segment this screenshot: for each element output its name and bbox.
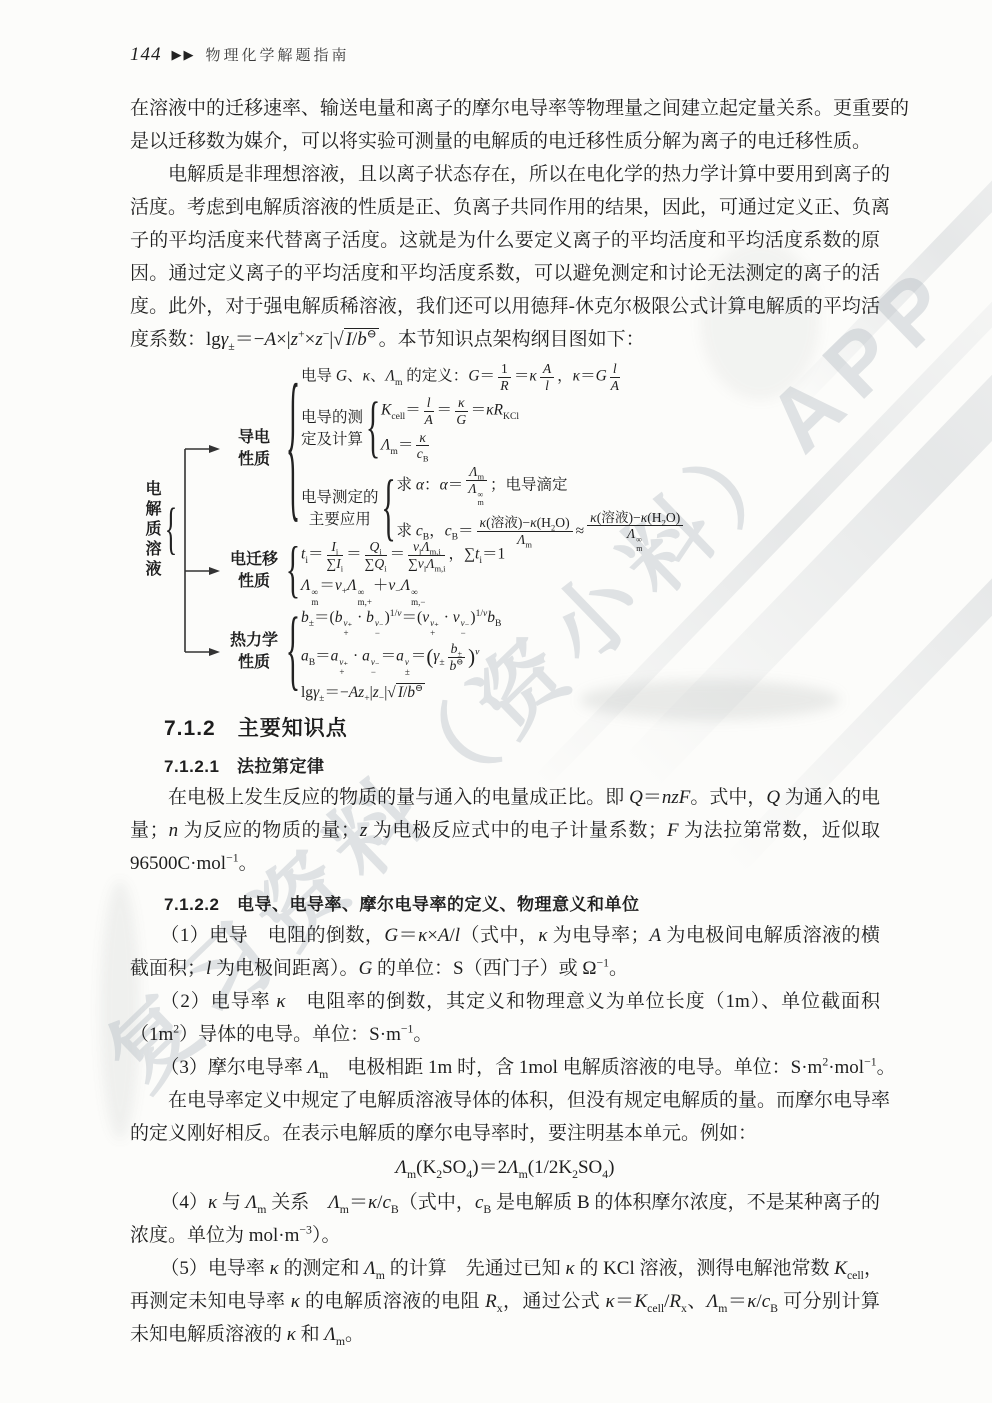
formula-line: 电导 G、κ、Λm 的定义：G＝1R＝κAl，κ＝GlA bbox=[301, 360, 686, 394]
map-root-label: 电解质溶液 bbox=[140, 480, 163, 580]
brace-icon: { bbox=[165, 515, 177, 545]
text-line: 是以迁移数为媒介，可以将实验可测量的电解质的电迁移性质分解为离子的电迁移性质。 bbox=[130, 125, 880, 158]
text-line: 再测定未知电导率 κ 的电解质溶液的电阻 Rx，通过公式 κ＝Kcell/Rx、… bbox=[130, 1285, 880, 1318]
branch-migration: 电迁移 性质 { ti＝Ii∑Ii＝Qi∑Qi＝νiΛm,i∑νiΛm,i，∑t… bbox=[223, 538, 686, 604]
text-line: 未知电解质溶液的 κ 和 Λm。 bbox=[130, 1318, 880, 1351]
text-line: 截面积；l 为电极间距离）。G 的单位：S（西门子）或 Ω−1。 bbox=[130, 952, 880, 985]
text-line: 在溶液中的迁移速率、输送电量和离子的摩尔电导率等物理量之间建立起定量关系。更重要… bbox=[130, 92, 880, 125]
text-line: （1m2）导体的电导。单位：S·m−1。 bbox=[130, 1018, 880, 1051]
subgroup-label: 电导测定的 主要应用 bbox=[301, 487, 379, 530]
text-line: 浓度。单位为 mol·m−3）。 bbox=[130, 1219, 880, 1252]
text-line: （5）电导率 κ 的测定和 Λm 的计算 先通过已知 κ 的 KCl 溶液，测得… bbox=[130, 1252, 880, 1285]
text-line: 子的平均活度来代替离子活度。这就是为什么要定义离子的平均活度和平均活度系数的原 bbox=[130, 224, 880, 257]
text-line: 在电导率定义中规定了电解质溶液导体的体积，但没有规定电解质的量。而摩尔电导率 bbox=[130, 1084, 880, 1117]
brace-icon: { bbox=[285, 635, 301, 669]
map-connector-arrows bbox=[177, 360, 223, 700]
arrow-right-icon bbox=[209, 445, 220, 453]
formula-line: Kcell＝lA＝κG＝κRKCl bbox=[381, 394, 519, 428]
arrow-right-icon bbox=[209, 567, 220, 575]
item-2-paragraph: （2）电导率 κ 电阻率的倒数，其定义和物理意义为单位长度（1m）、单位截面积 … bbox=[130, 985, 880, 1051]
text-line: 度。此外，对于强电解质稀溶液，我们还可以用德拜-休克尔极限公式计算电解质的平均活 bbox=[130, 290, 880, 323]
faraday-paragraph: 在电极上发生反应的物质的量与通入的电量成正比。即 Q＝nzF。式中，Q 为通入的… bbox=[130, 781, 880, 880]
formula-line: 求 α：α＝ΛmΛ∞m；电导滴定 bbox=[397, 463, 687, 509]
subgroup-label: 电导的测 定及计算 bbox=[301, 407, 363, 450]
knowledge-map: 电解质溶液 { 导电 性质 { 电导 G、κ、Λm 的定义：G＝1R＝κAl，κ… bbox=[140, 360, 880, 700]
scanned-textbook-page: 复习资料（资小料）APP 144 ▶▶ 物理化学解题指南 在溶液中的迁移速率、输… bbox=[0, 0, 992, 1403]
text-line: 的定义刚好相反。在表示电解质的摩尔电导率时，要注明基本单元。例如： bbox=[130, 1117, 880, 1150]
arrows-icon: ▶▶ bbox=[172, 47, 196, 63]
branch-label: 电迁移 性质 bbox=[223, 549, 285, 592]
item-5-paragraph: （5）电导率 κ 的测定和 Λm 的计算 先通过已知 κ 的 KCl 溶液，测得… bbox=[130, 1252, 880, 1351]
brace-icon: { bbox=[381, 492, 397, 526]
subsection-heading: 7.1.2.1 法拉第定律 bbox=[164, 752, 880, 777]
text-line: （1）电导 电阻的倒数，G＝κ×A/l（式中，κ 为电导率；A 为电极间电解质溶… bbox=[130, 919, 880, 952]
text-line: 在电极上发生反应的物质的量与通入的电量成正比。即 Q＝nzF。式中，Q 为通入的… bbox=[130, 781, 880, 814]
formula-text-line: 度系数：lgγ±＝−A×|z+×z−|√I/b⊖。本节知识点架构纲目图如下： bbox=[130, 323, 880, 356]
branch-conductive: 导电 性质 { 电导 G、κ、Λm 的定义：G＝1R＝κAl，κ＝GlA 电导的… bbox=[223, 360, 686, 538]
intro-paragraph-1: 在溶液中的迁移速率、输送电量和离子的摩尔电导率等物理量之间建立起定量关系。更重要… bbox=[130, 92, 880, 158]
text-line: （4）κ 与 Λm 关系 Λm＝κ/cB（式中，cB 是电解质 B 的体积摩尔浓… bbox=[130, 1186, 880, 1219]
formula-line: aB＝aν₊+ · aν₋−＝aν±＝(γ±b±b⊖)ν bbox=[301, 640, 501, 679]
text-line: 活度。考虑到电解质溶液的性质是正、负离子共同作用的结果，因此，可通过定义正、负离 bbox=[130, 191, 880, 224]
map-branches: 导电 性质 { 电导 G、κ、Λm 的定义：G＝1R＝κAl，κ＝GlA 电导的… bbox=[223, 360, 686, 700]
text-line: （3）摩尔电导率 Λm 电极相距 1m 时，含 1mol 电解质溶液的电导。单位… bbox=[130, 1051, 880, 1084]
item-3-paragraph: （3）摩尔电导率 Λm 电极相距 1m 时，含 1mol 电解质溶液的电导。单位… bbox=[130, 1051, 880, 1084]
text-line: 量；n 为反应的物质的量；z 为电极反应式中的电子计量系数；F 为法拉第常数，近… bbox=[130, 814, 880, 847]
branch-thermodynamic: 热力学 性质 { b±＝(bν₊+ · bν₋−)1/ν＝(νν₊+ · νν₋… bbox=[223, 604, 686, 700]
text-line: 96500C·mol−1。 bbox=[130, 847, 880, 880]
book-title: 物理化学解题指南 bbox=[206, 44, 350, 65]
formula-line: lgγ±＝−Az+|z−|√I/b⊖ bbox=[301, 679, 501, 703]
text-line: 因。通过定义离子的平均活度和平均活度系数，可以避免测定和讨论无法测定的离子的活 bbox=[130, 257, 880, 290]
centered-formula: Λm(K2SO4)＝2Λm(1/2K2SO4) bbox=[130, 1150, 880, 1186]
section-heading: 7.1.2 主要知识点 bbox=[164, 712, 880, 742]
formula-line: b±＝(bν₊+ · bν₋−)1/ν＝(νν₊+ · νν₋−)1/νbB bbox=[301, 604, 501, 640]
text-line: （2）电导率 κ 电阻率的倒数，其定义和物理意义为单位长度（1m）、单位截面积 bbox=[130, 985, 880, 1018]
page-number: 144 bbox=[130, 44, 162, 66]
brace-icon: { bbox=[285, 554, 301, 588]
branch-label: 热力学 性质 bbox=[223, 630, 285, 673]
brace-icon: { bbox=[365, 412, 381, 446]
formula-line: Λm＝κcB bbox=[381, 429, 519, 463]
brace-icon: { bbox=[285, 432, 301, 466]
subsection-heading: 7.1.2.2 电导、电导率、摩尔电导率的定义、物理意义和单位 bbox=[164, 890, 880, 915]
arrow-right-icon bbox=[209, 648, 220, 656]
page-header: 144 ▶▶ 物理化学解题指南 bbox=[0, 0, 992, 66]
item-4-paragraph: （4）κ 与 Λm 关系 Λm＝κ/cB（式中，cB 是电解质 B 的体积摩尔浓… bbox=[130, 1186, 880, 1252]
formula-line: ti＝Ii∑Ii＝Qi∑Qi＝νiΛm,i∑νiΛm,i，∑ti＝1 bbox=[301, 538, 505, 572]
map-subgroup: 电导的测 定及计算 { Kcell＝lA＝κG＝κRKCl Λm＝κcB bbox=[301, 394, 686, 463]
intro-paragraph-2: 电解质是非理想溶液，且以离子状态存在，所以在电化学的热力学计算中要用到离子的 活… bbox=[130, 158, 880, 356]
branch-label: 导电 性质 bbox=[223, 427, 285, 470]
molar-conductivity-paragraph: 在电导率定义中规定了电解质溶液导体的体积，但没有规定电解质的量。而摩尔电导率 的… bbox=[130, 1084, 880, 1150]
map-root: 电解质溶液 { bbox=[140, 360, 223, 700]
text-line: 电解质是非理想溶液，且以离子状态存在，所以在电化学的热力学计算中要用到离子的 bbox=[130, 158, 880, 191]
page-content: 在溶液中的迁移速率、输送电量和离子的摩尔电导率等物理量之间建立起定量关系。更重要… bbox=[130, 92, 880, 1351]
item-1-paragraph: （1）电导 电阻的倒数，G＝κ×A/l（式中，κ 为电导率；A 为电极间电解质溶… bbox=[130, 919, 880, 985]
